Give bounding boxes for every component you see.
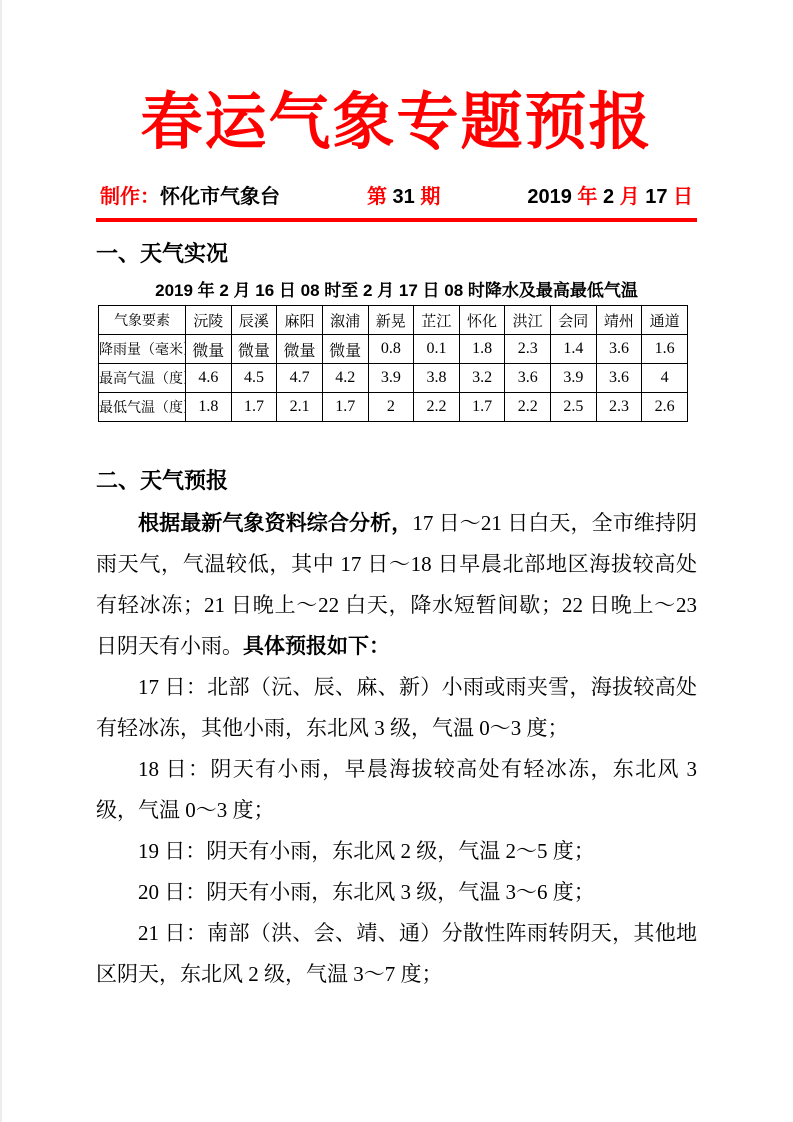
forecast-day-19: 19 日：阴天有小雨，东北风 2 级，气温 2～5 度；	[96, 831, 697, 872]
table-cell: 2.3	[596, 393, 642, 422]
date-month-unit: 月	[620, 186, 640, 208]
table-cell: 1.8	[459, 335, 505, 364]
table-cell: 4.6	[186, 364, 232, 393]
table-cell: 3.9	[551, 364, 597, 393]
col-header-station: 会同	[551, 306, 597, 335]
table-cell: 3.6	[596, 364, 642, 393]
intro-tail: 具体预报如下：	[243, 635, 390, 658]
main-title: 春运气象专题预报	[96, 86, 697, 160]
table-cell: 3.2	[459, 364, 505, 393]
table-cell: 2.2	[505, 393, 551, 422]
col-header-station: 洪江	[505, 306, 551, 335]
table-cell: 1.7	[231, 393, 277, 422]
col-header-station: 溆浦	[322, 306, 368, 335]
section2-heading: 二、天气预报	[96, 464, 697, 495]
row-label: 最低气温（度）	[99, 393, 186, 422]
table-cell: 2.1	[277, 393, 323, 422]
col-header-station: 麻阳	[277, 306, 323, 335]
issue-no: 31	[387, 186, 420, 208]
table-cell: 4	[642, 364, 688, 393]
table-cell: 3.6	[596, 335, 642, 364]
producer-group: 制作：怀化市气象台	[100, 180, 280, 209]
table-cell: 0.8	[368, 335, 414, 364]
col-header-station: 辰溪	[231, 306, 277, 335]
forecast-day-20: 20 日：阴天有小雨，东北风 3 级，气温 3～6 度；	[96, 872, 697, 913]
table-row: 最低气温（度）1.81.72.11.722.21.72.22.52.32.6	[99, 393, 688, 422]
date-month: 2	[597, 186, 619, 208]
producer-label: 制作：	[100, 186, 160, 208]
table-cell: 微量	[186, 335, 232, 364]
table-cell: 1.4	[551, 335, 597, 364]
intro-lead: 根据最新气象资料综合分析，	[138, 512, 412, 535]
table-cell: 2	[368, 393, 414, 422]
table-cell: 1.7	[322, 393, 368, 422]
forecast-day-18: 18 日：阴天有小雨，早晨海拔较高处有轻冰冻，东北风 3 级，气温 0～3 度；	[96, 749, 697, 831]
forecast-day-17: 17 日：北部（沅、辰、麻、新）小雨或雨夹雪，海拔较高处有轻冰冻，其他小雨，东北…	[96, 667, 697, 749]
row-label: 降雨量（毫米）	[99, 335, 186, 364]
table-cell: 4.2	[322, 364, 368, 393]
date-year-unit: 年	[577, 186, 597, 208]
table-body: 降雨量（毫米）微量微量微量微量0.80.11.82.31.43.61.6最高气温…	[99, 335, 688, 422]
table-cell: 微量	[277, 335, 323, 364]
table-cell: 1.8	[186, 393, 232, 422]
table-cell: 3.8	[414, 364, 460, 393]
issue-suffix: 期	[420, 186, 440, 208]
col-header-element: 气象要素	[99, 306, 186, 335]
table-row: 降雨量（毫米）微量微量微量微量0.80.11.82.31.43.61.6	[99, 335, 688, 364]
table-cell: 0.1	[414, 335, 460, 364]
col-header-station: 芷江	[414, 306, 460, 335]
table-cell: 2.3	[505, 335, 551, 364]
table-cell: 1.7	[459, 393, 505, 422]
table-cell: 3.9	[368, 364, 414, 393]
table-row: 最高气温（度）4.64.54.74.23.93.83.23.63.93.64	[99, 364, 688, 393]
table-cell: 4.5	[231, 364, 277, 393]
table-cell: 3.6	[505, 364, 551, 393]
producer-org: 怀化市气象台	[160, 186, 280, 208]
col-header-station: 通道	[642, 306, 688, 335]
table-cell: 微量	[231, 335, 277, 364]
col-header-station: 新晃	[368, 306, 414, 335]
table-header-row: 气象要素沅陵辰溪麻阳溆浦新晃芷江怀化洪江会同靖州通道	[99, 306, 688, 335]
issue-number: 第 31 期	[367, 180, 440, 209]
date-day-unit: 日	[673, 186, 693, 208]
weather-table: 气象要素沅陵辰溪麻阳溆浦新晃芷江怀化洪江会同靖州通道 降雨量（毫米）微量微量微量…	[98, 305, 688, 422]
table-cell: 微量	[322, 335, 368, 364]
producer-line: 制作：怀化市气象台 第 31 期 2019 年 2 月 17 日	[96, 180, 697, 222]
table-cell: 2.6	[642, 393, 688, 422]
col-header-station: 靖州	[596, 306, 642, 335]
issue-date: 2019 年 2 月 17 日	[527, 180, 693, 209]
forecast-day-21: 21 日：南部（洪、会、靖、通）分散性阵雨转阴天，其他地区阴天，东北风 2 级，…	[96, 913, 697, 995]
table-cell: 1.6	[642, 335, 688, 364]
table-title: 2019 年 2 月 16 日 08 时至 2 月 17 日 08 时降水及最高…	[96, 276, 697, 301]
table-cell: 2.5	[551, 393, 597, 422]
document-page: 春运气象专题预报 制作：怀化市气象台 第 31 期 2019 年 2 月 17 …	[0, 0, 793, 1122]
table-cell: 2.2	[414, 393, 460, 422]
date-day: 17	[640, 186, 673, 208]
forecast-section: 二、天气预报 根据最新气象资料综合分析，17 日～21 日白天，全市维持阴雨天气…	[96, 464, 697, 995]
table-cell: 4.7	[277, 364, 323, 393]
date-year: 2019	[527, 186, 577, 208]
row-label: 最高气温（度）	[99, 364, 186, 393]
forecast-intro: 根据最新气象资料综合分析，17 日～21 日白天，全市维持阴雨天气，气温较低，其…	[96, 503, 697, 667]
section1-heading: 一、天气实况	[96, 237, 697, 268]
col-header-station: 沅陵	[186, 306, 232, 335]
issue-prefix: 第	[367, 186, 387, 208]
col-header-station: 怀化	[459, 306, 505, 335]
